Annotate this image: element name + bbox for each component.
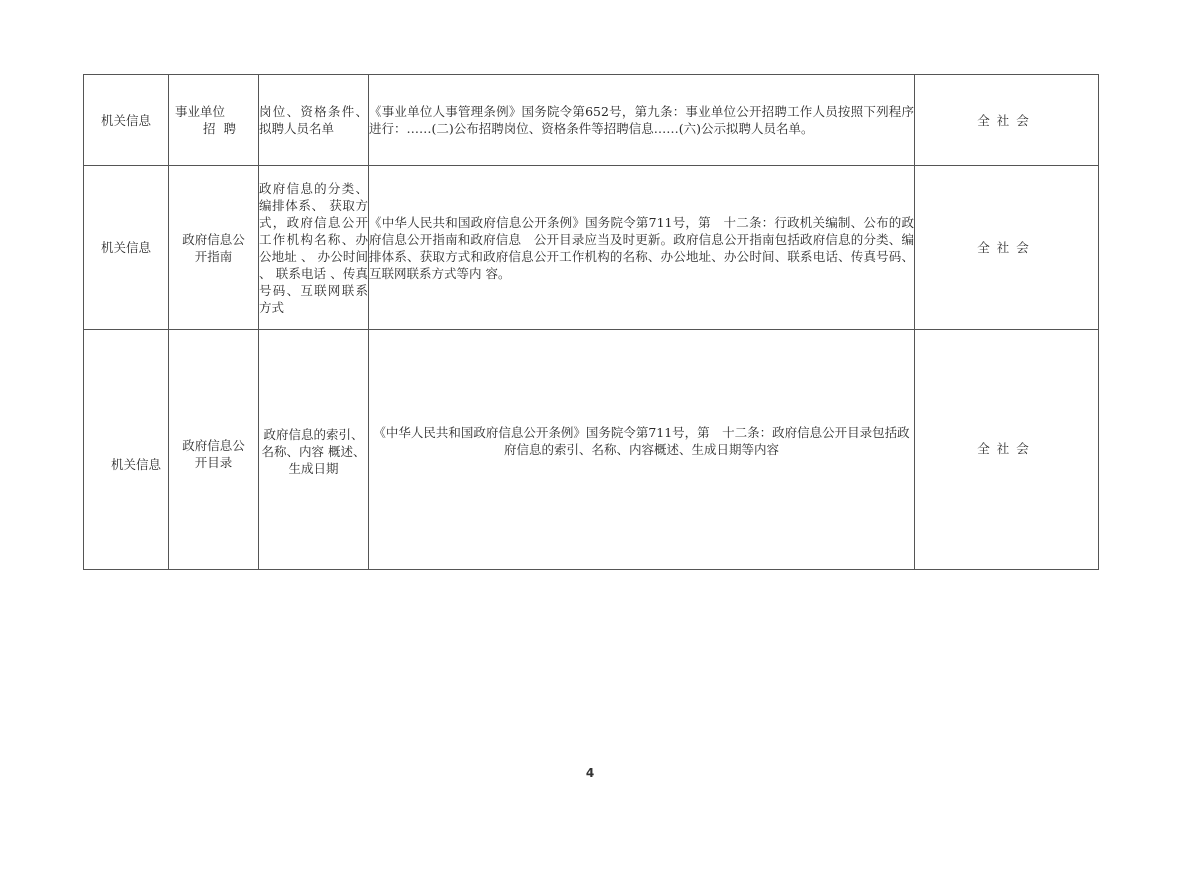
subcategory-line: 事业单位 [169,103,258,120]
basis-cell: 《事业单位人事管理条例》国务院令第652号，第九条：事业单位公开招聘工作人员按照… [369,75,915,166]
scope-cell: 全社会 [915,166,1099,330]
subcategory-cell: 政府信息公 开指南 [169,166,259,330]
subcategory-line: 政府信息公 [169,437,258,454]
page-number: 4 [0,766,1180,780]
scope-cell: 全社会 [915,330,1099,570]
basis-cell: 《中华人民共和国政府信息公开条例》国务院令第711号，第 十二条：行政机关编制、… [369,166,915,330]
subcategory-line: 开目录 [169,454,258,471]
subcategory-cell: 政府信息公 开目录 [169,330,259,570]
subcategory-line: 政府信息公 [169,231,258,248]
category-cell: 机关信息 [84,75,169,166]
category-cell: 机关信息 [84,166,169,330]
basis-cell: 《中华人民共和国政府信息公开条例》国务院令第711号，第 十二条：政府信息公开目… [369,330,915,570]
table-row: 机关信息 政府信息公 开指南 政府信息的分类、编排体系、 获取方式，政府信息公开… [84,166,1099,330]
document-page: 机关信息 事业单位 招 聘 岗位、资格条件、拟聘人员名单 《事业单位人事管理条例… [0,0,1200,876]
subcategory-line: 开指南 [169,248,258,265]
content-cell: 岗位、资格条件、拟聘人员名单 [259,75,369,166]
disclosure-table: 机关信息 事业单位 招 聘 岗位、资格条件、拟聘人员名单 《事业单位人事管理条例… [83,74,1099,570]
content-cell: 政府信息的分类、编排体系、 获取方式，政府信息公开工作机构名称、办公地址 、 办… [259,166,369,330]
table-row: 机关信息 事业单位 招 聘 岗位、资格条件、拟聘人员名单 《事业单位人事管理条例… [84,75,1099,166]
subcategory-line: 招 聘 [169,120,258,137]
content-cell: 政府信息的索引、名称、内容 概述、生成日期 [259,330,369,570]
subcategory-cell: 事业单位 招 聘 [169,75,259,166]
scope-cell: 全社会 [915,75,1099,166]
category-cell: 机关信息 [84,330,169,570]
table-row: 机关信息 政府信息公 开目录 政府信息的索引、名称、内容 概述、生成日期 《中华… [84,330,1099,570]
